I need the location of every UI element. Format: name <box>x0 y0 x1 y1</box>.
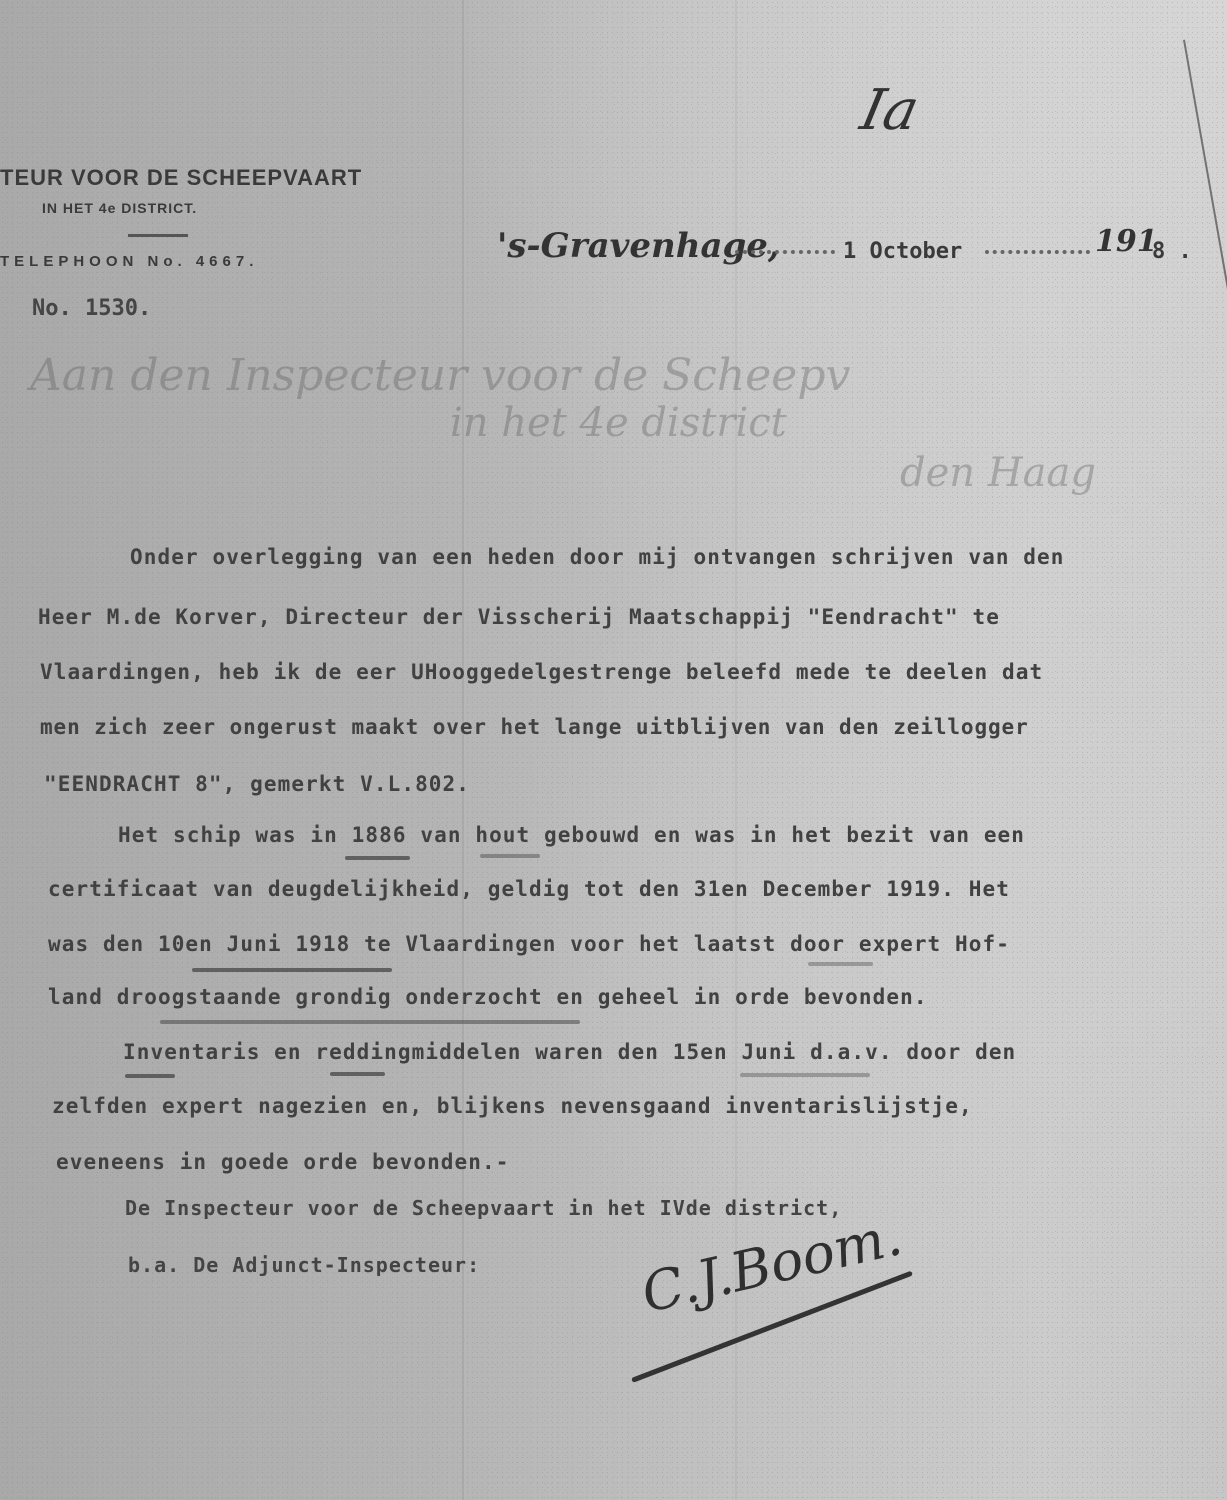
dotted-line <box>985 250 1090 254</box>
body-line: men zich zeer ongerust maakt over het la… <box>40 715 1029 739</box>
underline-mark <box>330 1072 385 1076</box>
underline-mark <box>480 854 540 858</box>
year-prefix: 191 <box>1095 224 1158 259</box>
underline-mark <box>740 1073 870 1077</box>
body-line: Heer M.de Korver, Directeur der Visscher… <box>38 605 1000 629</box>
underline-mark <box>345 856 410 860</box>
body-line: Inventaris en reddingmiddelen waren den … <box>123 1040 1016 1064</box>
place: 's-Gravenhage, <box>497 226 780 266</box>
body-line: was den 10en Juni 1918 te Vlaardingen vo… <box>48 932 1010 956</box>
faint-handwriting: in het 4e district <box>450 400 787 446</box>
closing-line: b.a. De Adjunct-Inspecteur: <box>128 1253 480 1277</box>
body-line: eveneens in goede orde bevonden.- <box>56 1150 510 1174</box>
year-suffix: 8 . <box>1152 239 1192 264</box>
underline-mark <box>160 1020 580 1024</box>
letterhead-district: IN HET 4e DISTRICT. <box>42 200 197 216</box>
body-line: Het schip was in 1886 van hout gebouwd e… <box>118 823 1025 847</box>
letterhead-divider <box>128 234 188 237</box>
faint-handwriting: den Haag <box>900 450 1096 496</box>
body-line: Vlaardingen, heb ik de eer UHooggedelges… <box>40 660 1043 684</box>
dotted-line <box>735 250 835 254</box>
body-line: "EENDRACHT 8", gemerkt V.L.802. <box>44 772 470 796</box>
body-line: certificaat van deugdelijkheid, geldig t… <box>48 877 1010 901</box>
faint-handwriting: Aan den Inspecteur voor de Scheepv <box>30 350 850 401</box>
closing-line: De Inspecteur voor de Scheepvaart in het… <box>125 1196 842 1220</box>
body-line: zelfden expert nagezien en, blijkens nev… <box>52 1094 973 1118</box>
underline-mark <box>125 1074 175 1078</box>
underline-mark <box>192 968 392 972</box>
body-line: Onder overlegging van een heden door mij… <box>130 545 1065 569</box>
letterhead-title: TEUR VOOR DE SCHEEPVAART <box>0 165 362 191</box>
underline-mark <box>808 962 873 966</box>
reference-number: No. 1530. <box>32 296 151 321</box>
letterhead-telephone: TELEPHOON No. 4667. <box>0 253 258 270</box>
body-line: land droogstaande grondig onderzocht en … <box>48 985 928 1009</box>
date: 1 October <box>843 239 962 264</box>
